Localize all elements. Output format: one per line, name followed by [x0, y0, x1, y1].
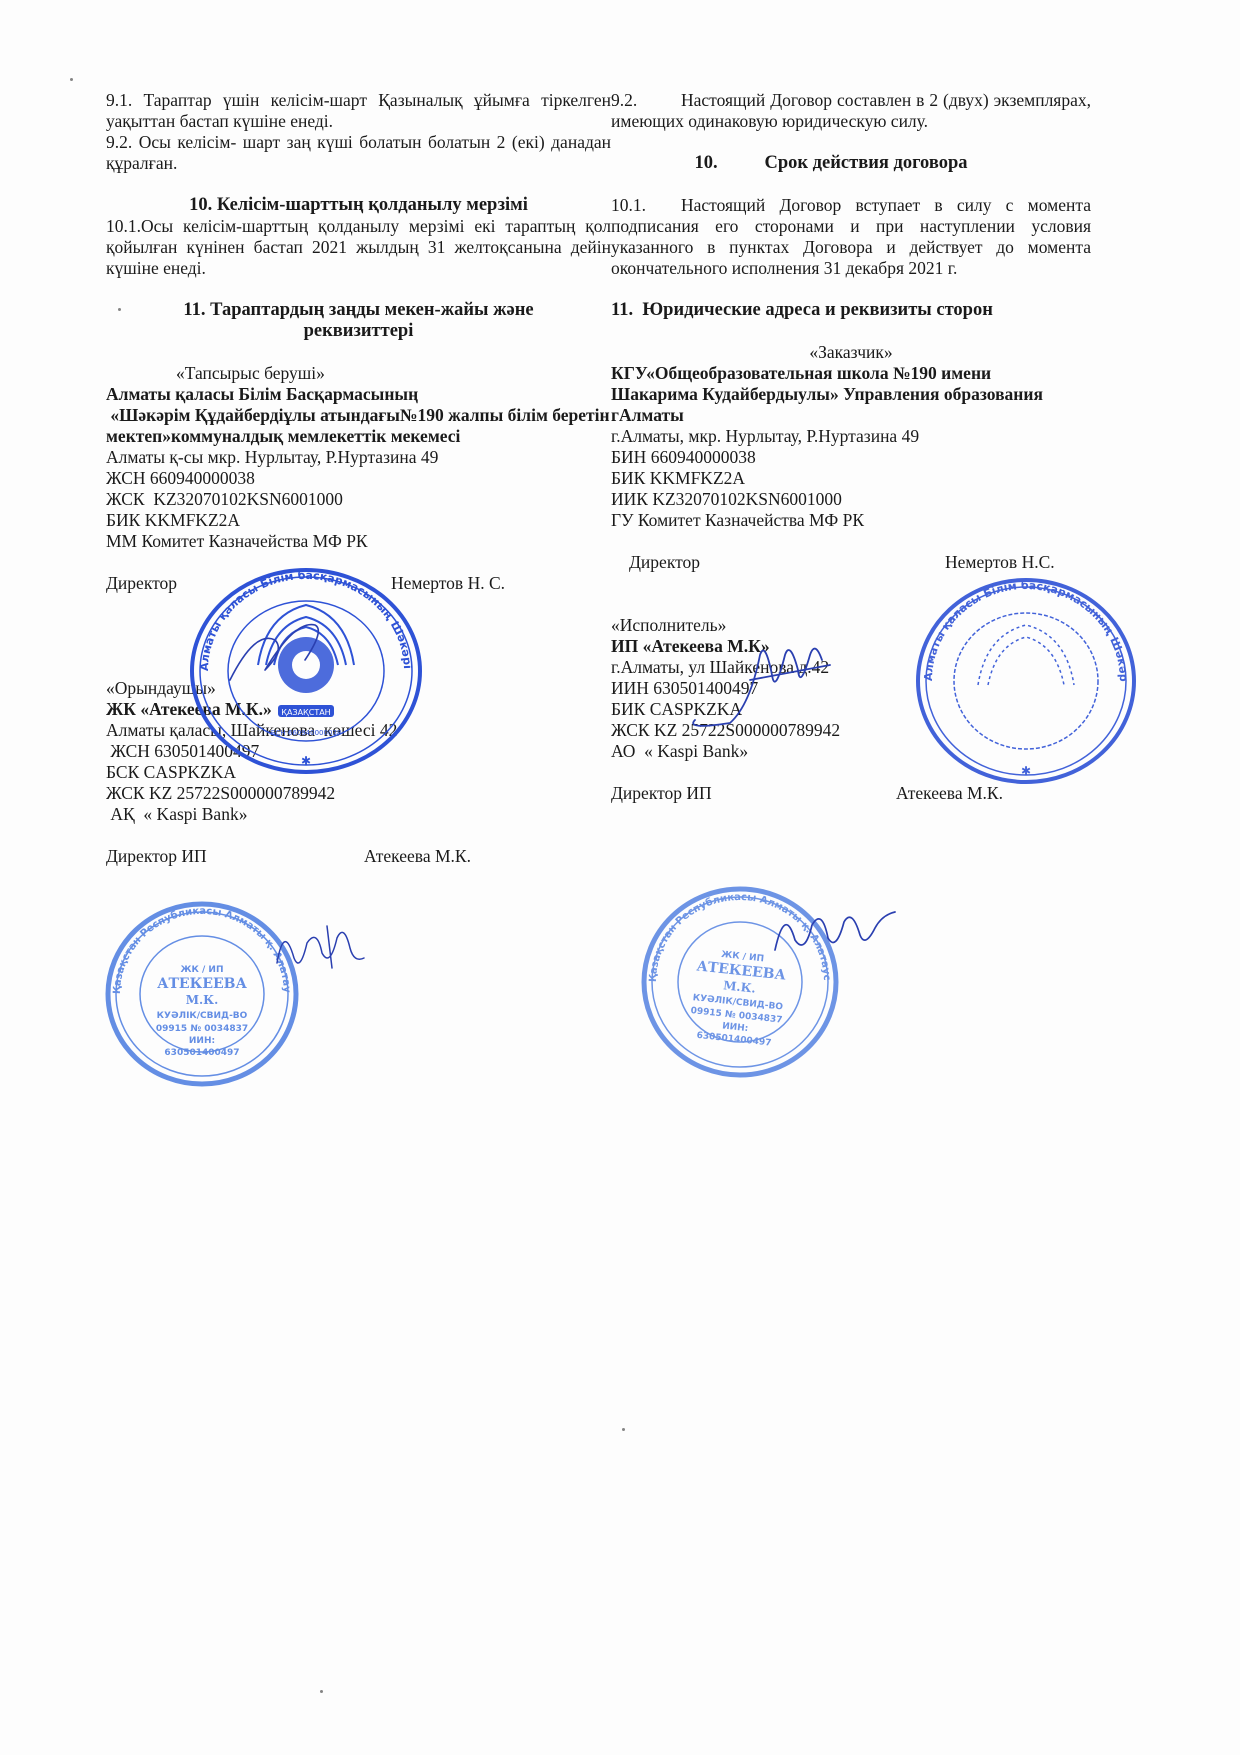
- svg-text:М.К.: М.К.: [186, 993, 219, 1007]
- customer-signatory-name-kz: Немертов Н. С.: [391, 573, 505, 594]
- clause-10-1-ru-text: Настоящий Договор вступает в силу с моме…: [611, 195, 1091, 278]
- customer-bank-kz: ММ Комитет Казначейства МФ РК: [106, 531, 611, 552]
- contractor-name-ru: ИП «Атекеева М.К»: [611, 636, 1091, 657]
- contractor-name-kz: ЖК «Атекеева М.К.»: [106, 699, 611, 720]
- customer-signatory-title-ru: Директор: [629, 552, 700, 573]
- svg-text:М.К.: М.К.: [723, 978, 757, 995]
- customer-bin-ru: БИН 660940000038: [611, 447, 1091, 468]
- ip-stamp-left: Қазақстан Республикасы Алматы қ. Алатаус…: [104, 900, 300, 1088]
- contractor-address-ru: г.Алматы, ул Шайкенова д.42: [611, 657, 1091, 678]
- contractor-signatory-title-ru: Директор ИП: [611, 783, 712, 804]
- contractor-iin-kz: ЖСН 630501400497: [106, 741, 611, 762]
- contractor-iik-kz: ЖСК KZ 25722S000000789942: [106, 783, 611, 804]
- svg-text:630501400497: 630501400497: [696, 1031, 772, 1049]
- ip-round-stamp-icon: Қазақстан Республикасы Алматы қ. Алатаус…: [640, 885, 840, 1080]
- contractor-iin-ru: ИИН 630501400497: [611, 678, 1091, 699]
- contractor-signature-line-kz: Директор ИП Атекеева М.К.: [106, 846, 611, 867]
- contractor-bik-ru: БИК CASPKZKA: [611, 699, 1091, 720]
- clause-10-1-ru: 10.1.Настоящий Договор вступает в силу с…: [611, 195, 1091, 279]
- customer-address-kz: Алматы қ-сы мкр. Нурлытау, Р.Нуртазина 4…: [106, 447, 611, 468]
- customer-name-kz-line2: «Шәкәрім Құдайбердіұлы атындағы№190 жалп…: [106, 405, 611, 447]
- svg-text:АТЕКЕЕВА: АТЕКЕЕВА: [696, 958, 788, 983]
- customer-address-ru: г.Алматы, мкр. Нурлытау, Р.Нуртазина 49: [611, 426, 1091, 447]
- clause-10-1-kz: 10.1.Осы келісім-шарттың қолданылу мерзі…: [106, 216, 611, 279]
- ip-stamp-right: Қазақстан Республикасы Алматы қ. Алатаус…: [640, 885, 840, 1080]
- customer-signatory-title-kz: Директор: [106, 573, 177, 594]
- contractor-signature-line-ru: Директор ИП Атекеева М.К.: [611, 783, 1091, 804]
- customer-role-label-ru: «Заказчик»: [611, 342, 1091, 363]
- svg-text:Қазақстан Республикасы Алматы: Қазақстан Республикасы Алматы қ. Алатаус…: [640, 885, 832, 982]
- customer-bik-kz: БИК KKMFKZ2A: [106, 510, 611, 531]
- customer-bik-ru: БИК KKMFKZ2A: [611, 468, 1091, 489]
- left-column-kazakh: 9.1. Тараптар үшін келісім-шарт Қазыналы…: [106, 90, 611, 867]
- svg-text:09915 № 0034837: 09915 № 0034837: [690, 1006, 783, 1026]
- contractor-role-label-kz: «Орындаушы»: [106, 678, 611, 699]
- section-10-heading-kz: 10. Келісім-шарттың қолданылу мерзімі: [106, 195, 611, 216]
- contractor-address-kz: Алматы қаласы, Шайкенова көшесі 42: [106, 720, 611, 741]
- svg-text:ИИН:: ИИН:: [722, 1021, 749, 1034]
- customer-bank-ru: ГУ Комитет Казначейства МФ РК: [611, 510, 1091, 531]
- customer-role-label-kz: «Тапсырыс беруші»: [106, 363, 611, 384]
- clause-9-2-ru-number: 9.2.: [611, 90, 681, 111]
- contractor-signatory-title-kz: Директор ИП: [106, 846, 207, 867]
- customer-bin-kz: ЖСН 660940000038: [106, 468, 611, 489]
- right-column-russian: 9.2.Настоящий Договор составлен в 2 (дву…: [611, 90, 1091, 804]
- scan-speck: [118, 308, 121, 311]
- section-10-heading-ru: 10.Срок действия договора: [611, 153, 1091, 174]
- svg-text:09915 № 0034837: 09915 № 0034837: [156, 1024, 248, 1034]
- contractor-signatory-name-ru: Атекеева М.К.: [896, 783, 1003, 804]
- contractor-role-label-ru: «Исполнитель»: [611, 615, 1091, 636]
- svg-text:ЖК / ИП: ЖК / ИП: [181, 965, 224, 975]
- handwritten-signature-icon: [272, 918, 367, 978]
- ip-round-stamp-icon: Қазақстан Республикасы Алматы қ. Алатаус…: [104, 900, 300, 1088]
- customer-name-ru: КГУ«Общеобразовательная школа №190 имени…: [611, 363, 1091, 426]
- svg-text:ИИН:: ИИН:: [189, 1036, 215, 1046]
- contractor-bank-ru: АО « Kaspi Bank»: [611, 741, 1091, 762]
- svg-text:ЖК / ИП: ЖК / ИП: [721, 950, 765, 964]
- signature-atekeeva-left: [272, 918, 367, 978]
- svg-text:АТЕКЕЕВА: АТЕКЕЕВА: [157, 976, 247, 992]
- contractor-bik-kz: БСК CASPKZKA: [106, 762, 611, 783]
- customer-signatory-name-ru: Немертов Н.С.: [945, 552, 1055, 573]
- scan-speck: [320, 1690, 323, 1693]
- contractor-bank-kz: АҚ « Kaspi Bank»: [106, 804, 611, 825]
- section-11-heading-kz-line2: реквизиттері: [106, 321, 611, 342]
- customer-iik-kz: ЖСК KZ32070102KSN6001000: [106, 489, 611, 510]
- svg-text:Қазақстан Республикасы Алматы: Қазақстан Республикасы Алматы қ. Алатаус…: [104, 900, 292, 994]
- customer-signature-line-kz: Директор Немертов Н. С.: [106, 573, 611, 594]
- signature-atekeeva-right: [770, 900, 900, 962]
- scan-speck: [622, 1428, 625, 1431]
- section-11-heading-kz-line1: 11. Тараптардың заңды мекен-жайы және: [106, 300, 611, 321]
- handwritten-signature-icon: [770, 900, 900, 962]
- clause-9-2-kz: 9.2. Осы келісім- шарт заң күші болатын …: [106, 132, 611, 174]
- svg-text:КУӘЛІК/СВИД-ВО: КУӘЛІК/СВИД-ВО: [157, 1011, 248, 1021]
- contractor-signatory-name-kz: Атекеева М.К.: [364, 846, 471, 867]
- svg-text:КУӘЛІК/СВИД-ВО: КУӘЛІК/СВИД-ВО: [692, 993, 784, 1012]
- clause-9-2-ru: 9.2.Настоящий Договор составлен в 2 (дву…: [611, 90, 1091, 132]
- customer-iik-ru: ИИК KZ32070102KSN6001000: [611, 489, 1091, 510]
- scan-speck: [70, 78, 73, 81]
- customer-name-kz-line1: Алматы қаласы Білім Басқармасының: [106, 384, 611, 405]
- section-11-heading-ru: 11. Юридические адреса и реквизиты сторо…: [611, 300, 1091, 321]
- svg-text:630501400497: 630501400497: [164, 1048, 239, 1058]
- section-10-number-ru: 10.: [695, 153, 765, 174]
- section-10-title-ru: Срок действия договора: [765, 153, 968, 173]
- clause-9-1-kz: 9.1. Тараптар үшін келісім-шарт Қазыналы…: [106, 90, 611, 132]
- customer-signature-line-ru: Директор Немертов Н.С.: [611, 552, 1091, 573]
- clause-10-1-ru-number: 10.1.: [611, 195, 681, 216]
- contractor-iik-ru: ЖСК KZ 25722S000000789942: [611, 720, 1091, 741]
- clause-9-2-ru-text: Настоящий Договор составлен в 2 (двух) э…: [611, 90, 1091, 131]
